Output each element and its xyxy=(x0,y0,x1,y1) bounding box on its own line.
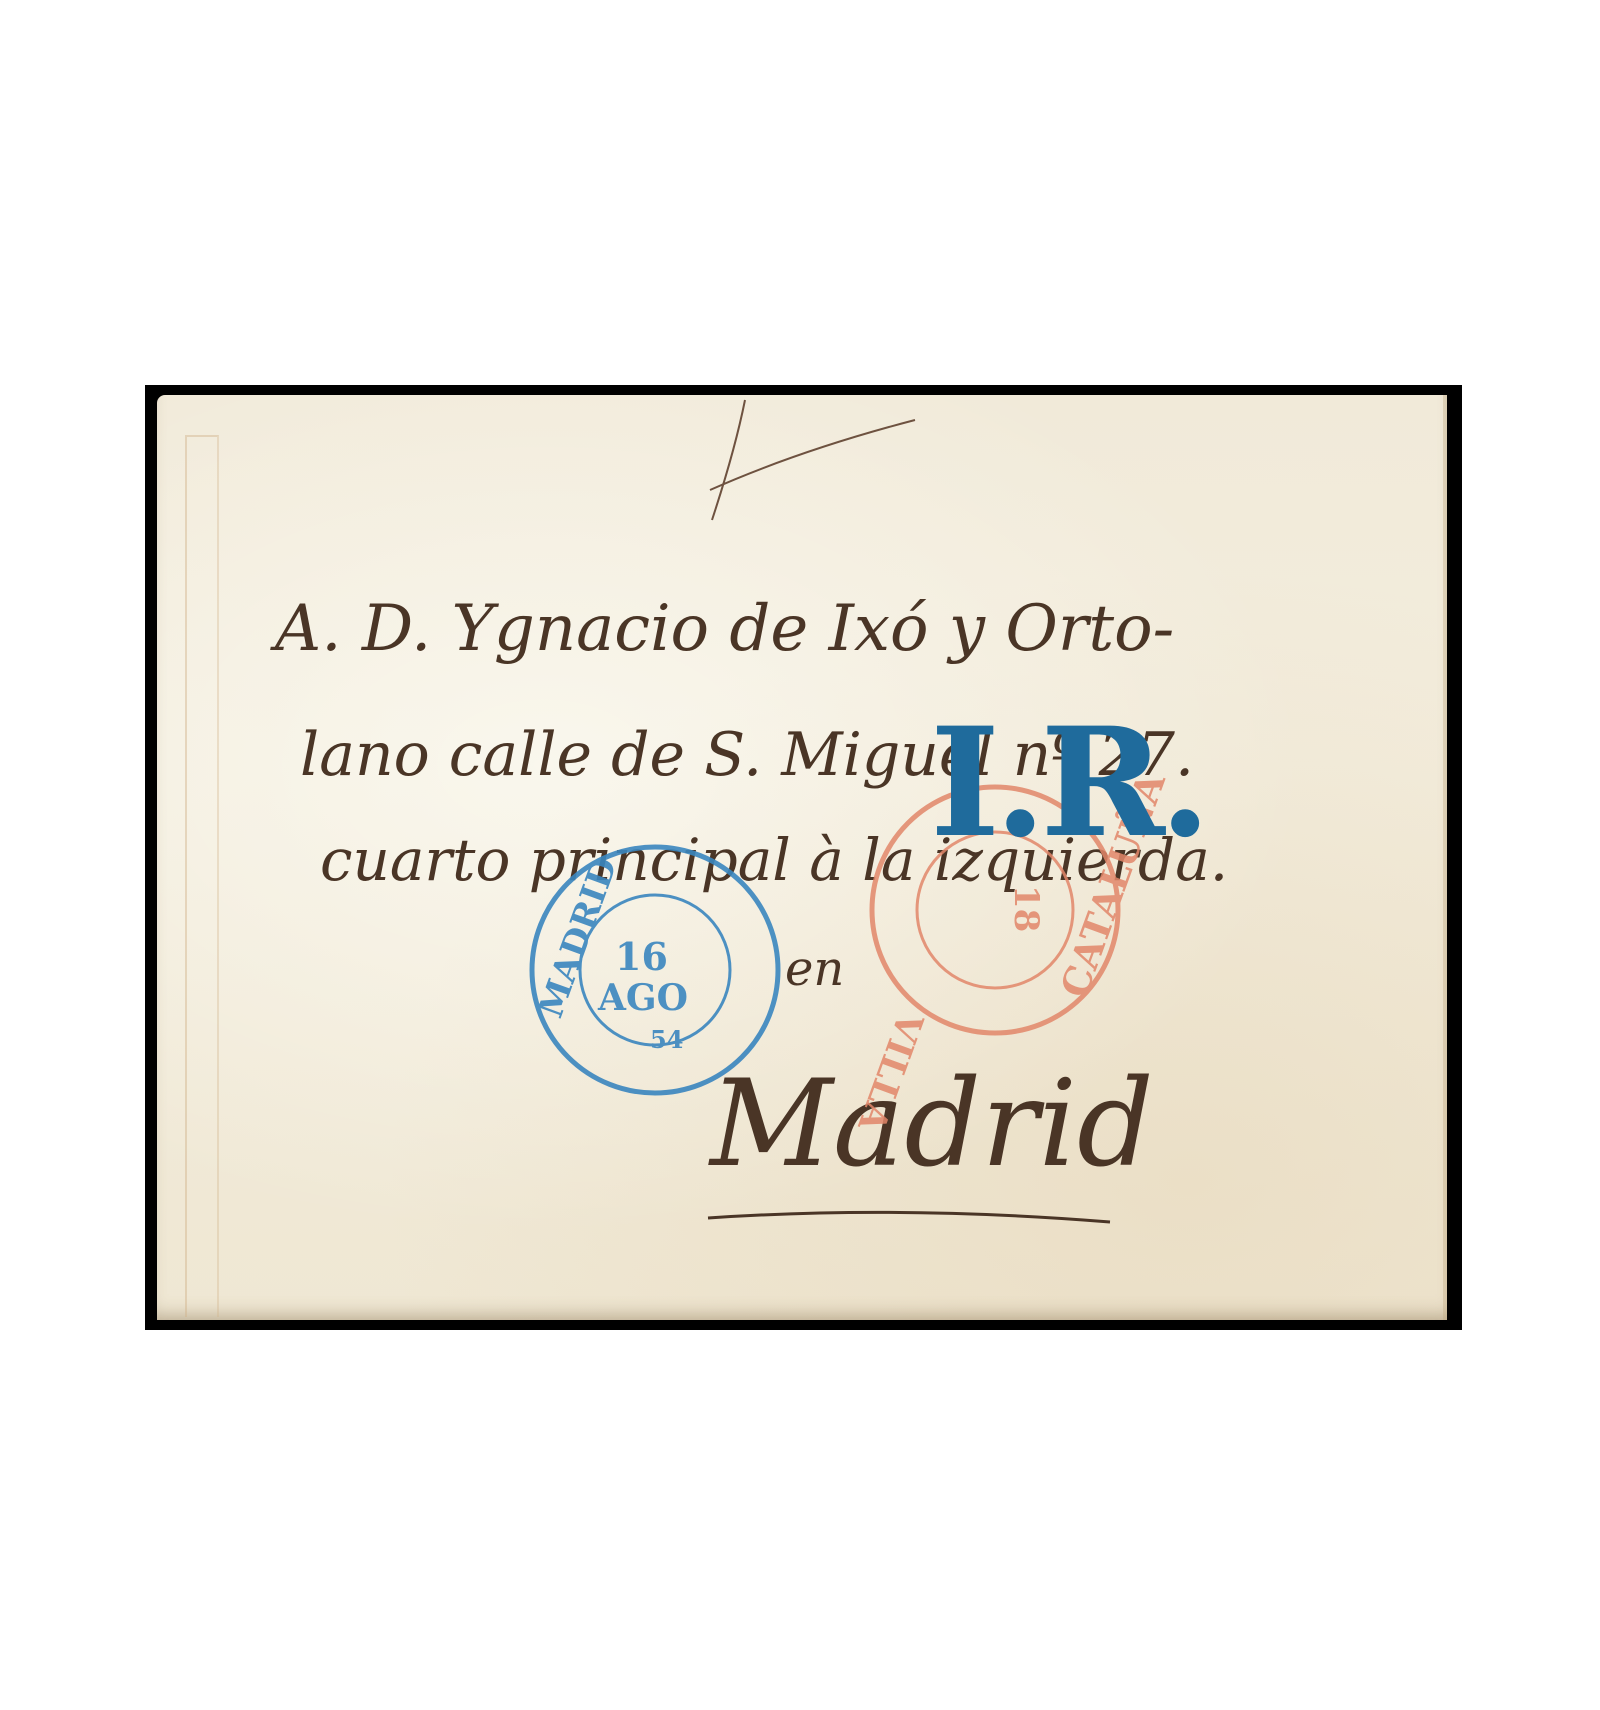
city-underline xyxy=(708,1212,1110,1222)
destination-city: Madrid xyxy=(708,1055,1154,1194)
ir-mark: I.R. xyxy=(930,695,1205,871)
address-line-1: A. D. Ygnacio de Ixó y Orto- xyxy=(270,592,1174,666)
cross-mark xyxy=(710,400,915,520)
datestamp-month: AGO xyxy=(597,977,688,1019)
preposition-en: en xyxy=(785,941,844,997)
cover-markings: A. D. Ygnacio de Ixó y Orto- lano calle … xyxy=(0,0,1600,1710)
datestamp-day: 16 xyxy=(615,934,668,979)
datestamp-year: 54 xyxy=(650,1025,683,1054)
origin-postmark-date: 18 xyxy=(1006,885,1046,932)
